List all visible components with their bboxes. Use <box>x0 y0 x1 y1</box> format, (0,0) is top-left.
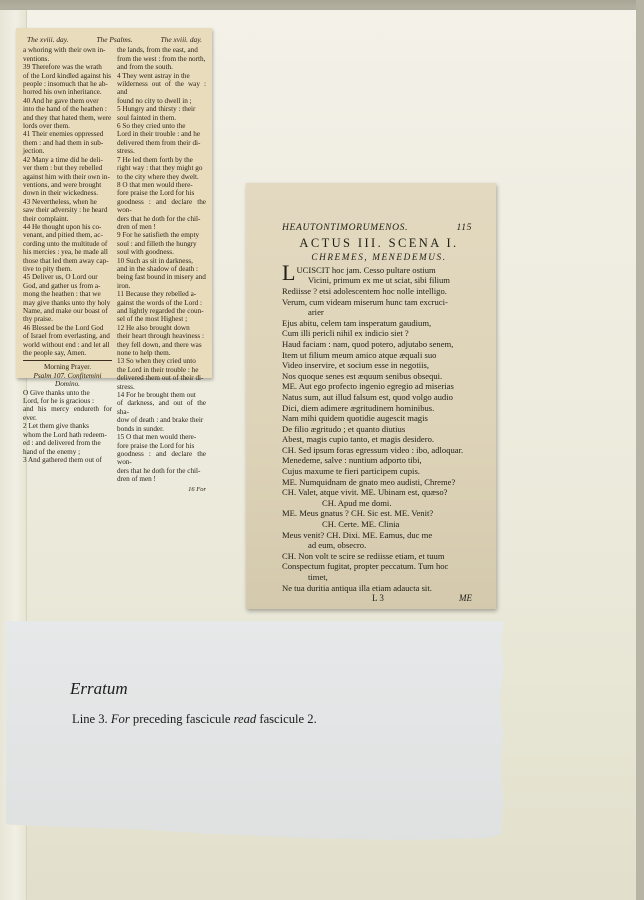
verse-line: into the hand of the heathen : <box>23 105 112 113</box>
verse-line: whom the Lord hath redeem- <box>23 431 112 439</box>
section-title: Morning Prayer. <box>23 363 112 371</box>
verse-line: Name, and make our boast of <box>23 307 112 315</box>
verse-line: his mercies : yea, he made all <box>23 248 112 256</box>
verse-line: 6 So they cried unto the <box>117 122 206 130</box>
verse-line: CH. Non volt te scire se rediisse etiam,… <box>282 551 476 562</box>
verse-line: Conspectum fugitat, propter peccatum. Tu… <box>282 561 476 572</box>
verse-text: Ne tua duritia antiqua illa etiam adauct… <box>282 583 432 593</box>
verse-line: Dici, diem adimere ægritudinem hominibus… <box>282 403 476 414</box>
running-head-left: The xviii. day. <box>27 36 68 44</box>
verse-line: 40 And he gave them over <box>23 97 112 105</box>
verse-line: and they that hated them, were <box>23 114 112 122</box>
verse-line: CH. Apud me domi. <box>282 498 476 509</box>
verse-line: Abest, magis cupio tanto, et magis desid… <box>282 434 476 445</box>
verse-line: of Israel from everlasting, and <box>23 332 112 340</box>
verse-text: Meus venit? CH. Dixi. ME. Eamus, duc me <box>282 530 432 540</box>
verse-line: wilderness out of the way : and <box>117 80 206 97</box>
verse-line: 46 Blessed be the Lord God <box>23 324 112 332</box>
terence-leaf: HEAUTONTIMORUMENOS. 115 ACTUS III. SCENA… <box>246 183 496 609</box>
verse-line: Item ut filium meum amico atque æquali s… <box>282 350 476 361</box>
verse-line: dren of men ! <box>117 475 206 483</box>
verse-line: soul with goodness. <box>117 248 206 256</box>
verse-line: 41 Their enemies oppressed <box>23 130 112 138</box>
verse-line: CH. Certe. ME. Clinia <box>282 519 476 530</box>
verse-line: 44 He thought upon his co- <box>23 223 112 231</box>
verse-line: Nam mihi quidem quotidie augescit magis <box>282 413 476 424</box>
verse-line: sel of the most Highest ; <box>117 315 206 323</box>
verse-text: arier <box>308 307 324 317</box>
psalms-leaf: The xviii. day. The Psalms. The xviii. d… <box>16 28 212 378</box>
verse-text: Menedeme, salve : nuntium adporto tibi, <box>282 455 422 465</box>
verse-line: and his mercy endureth for ever. <box>23 405 112 422</box>
erratum-suffix: fascicule 2. <box>259 712 316 726</box>
verse-line: Ejus abitu, celem tam insperatum gaudium… <box>282 318 476 329</box>
verse-line: ad eum, obsecro. <box>282 540 476 551</box>
characters-heading: CHREMES, MENEDEMUS. <box>282 252 476 263</box>
verse-line: Cujus maxume te fieri participem cupis. <box>282 466 476 477</box>
verse-line: 13 So when they cried unto <box>117 357 206 365</box>
verse-line: the lands, from the east, and <box>117 46 206 54</box>
verse-line: 3 And gathered them out of <box>23 456 112 464</box>
erratum-slip: Erratum Line 3. For preceding fascicule … <box>6 621 504 847</box>
verse-text: Natus sum, aut illud falsum est, quod vo… <box>282 392 453 402</box>
verse-line: 43 Nevertheless, when he <box>23 198 112 206</box>
verse-text: CH. Sed ipsum foras egressum video : ibo… <box>282 445 463 455</box>
signature-mark: L 3 <box>372 593 384 604</box>
erratum-title: Erratum <box>70 679 128 699</box>
verse-line: 39 Therefore was the wrath <box>23 63 112 71</box>
verse-line: LUCISCIT hoc jam. Cesso pultare ostium <box>282 265 476 276</box>
verse-line: stress. <box>117 147 206 155</box>
verse-text: Item ut filium meum amico atque æquali s… <box>282 350 436 360</box>
verse-line: thy praise. <box>23 315 112 323</box>
verse-line: ed : and delivered from the <box>23 439 112 447</box>
verse-lines: LUCISCIT hoc jam. Cesso pultare ostiumVi… <box>282 265 476 593</box>
act-scene-heading: ACTUS III. SCENA I. <box>282 238 476 249</box>
verse-line: people : insomuch that he ab- <box>23 80 112 88</box>
verse-text: Cum illi pericli nihil ex indicio siet ? <box>282 328 409 338</box>
verse-line: of darkness, and out of the sha- <box>117 399 206 416</box>
verse-line: to the city where they dwelt. <box>117 173 206 181</box>
verse-line: iron. <box>117 282 206 290</box>
verse-text: ME. Numquidnam de gnato meo audisti, Chr… <box>282 477 455 487</box>
verse-line: 7 He led them forth by the <box>117 156 206 164</box>
verse-line: Verum, cum videam miserum hunc tam excru… <box>282 297 476 308</box>
verse-text: ME. Aut ego profecto ingenio egregio ad … <box>282 381 454 391</box>
verse-text: Haud faciam : nam, quod potero, adjutabo… <box>282 339 453 349</box>
verse-line: from the west : from the north, <box>117 55 206 63</box>
verse-line: those that led them away cap- <box>23 257 112 265</box>
verse-line: jection. <box>23 147 112 155</box>
verse-text: Cujus maxume te fieri participem cupis. <box>282 466 420 476</box>
verse-text: CH. Valet, atque vivit. ME. Ubinam est, … <box>282 487 448 497</box>
verse-text: CH. Certe. ME. Clinia <box>322 519 399 529</box>
catchword: 16 For <box>23 486 206 494</box>
verse-line: dren of men ! <box>117 223 206 231</box>
verse-text: CH. Non volt te scire se rediisse etiam,… <box>282 551 445 561</box>
verse-line: lords over them. <box>23 122 112 130</box>
verse-line: 42 Many a time did he deli- <box>23 156 112 164</box>
verse-line: being fast bound in misery and <box>117 273 206 281</box>
page-edge <box>636 0 644 900</box>
verse-text: Dici, diem adimere ægritudinem hominibus… <box>282 403 434 413</box>
verse-text: Nam mihi quidem quotidie augescit magis <box>282 413 428 423</box>
psalm-reference: Psalm 107. Confitemini Domino. <box>23 372 112 389</box>
verse-line: bonds in sunder. <box>117 425 206 433</box>
verse-line: Cum illi pericli nihil ex indicio siet ? <box>282 328 476 339</box>
erratum-middle: preceding fascicule <box>133 712 231 726</box>
verse-line: ver them : but they rebelled <box>23 164 112 172</box>
verse-line: Vicini, primum ex me ut sciat, sibi fili… <box>282 275 476 286</box>
verse-text: Vicini, primum ex me ut sciat, sibi fili… <box>308 275 450 285</box>
verse-line: 9 For he satisfieth the empty <box>117 231 206 239</box>
psalms-left-column: a whoring with their own in-ventions.39 … <box>23 46 112 483</box>
verse-line: fore praise the Lord for his <box>117 189 206 197</box>
verse-line: venant, and pitied them, ac- <box>23 231 112 239</box>
page-footer: L 3 ME <box>282 593 476 604</box>
verse-line: and lightly regarded the coun- <box>117 307 206 315</box>
verse-line: Meus venit? CH. Dixi. ME. Eamus, duc me <box>282 530 476 541</box>
verse-text: Video inservire, et socium esse in negot… <box>282 360 429 370</box>
verse-line: down in their wickedness. <box>23 189 112 197</box>
verse-line: and in the shadow of death : <box>117 265 206 273</box>
verse-line: ME. Numquidnam de gnato meo audisti, Chr… <box>282 477 476 488</box>
verse-line: goodness : and declare the won- <box>117 198 206 215</box>
verse-line: delivered them from their di- <box>117 139 206 147</box>
verse-line: Lord in their trouble : and he <box>117 130 206 138</box>
verse-line: 15 O that men would there- <box>117 433 206 441</box>
erratum-text: Line 3. For preceding fascicule read fas… <box>72 712 317 727</box>
running-head-right: The xviii. day. <box>161 36 202 44</box>
verse-line: mong the heathen : that we <box>23 290 112 298</box>
verse-text: ad eum, obsecro. <box>308 540 366 550</box>
catchword: ME <box>459 593 472 604</box>
running-head-center: The Psalms. <box>96 36 132 44</box>
verse-line: 5 Hungry and thirsty : their <box>117 105 206 113</box>
verse-line: may give thanks unto thy holy <box>23 299 112 307</box>
verse-line: ME. Meus gnatus ? CH. Sic est. ME. Venit… <box>282 508 476 519</box>
drop-cap: L <box>282 265 295 281</box>
verse-line: stress. <box>117 383 206 391</box>
page-number: 115 <box>457 223 472 234</box>
verse-line: arier <box>282 307 476 318</box>
verse-line: against him with their own in- <box>23 173 112 181</box>
psalms-running-head: The xviii. day. The Psalms. The xviii. d… <box>23 36 206 44</box>
verse-line: the Lord in their trouble : he <box>117 366 206 374</box>
verse-line: and from the south. <box>117 63 206 71</box>
verse-line: 45 Deliver us, O Lord our <box>23 273 112 281</box>
verse-line: CH. Sed ipsum foras egressum video : ibo… <box>282 445 476 456</box>
verse-line: O Give thanks unto the <box>23 389 112 397</box>
verse-line: 2 Let them give thanks <box>23 422 112 430</box>
verse-line: right way : that they might go <box>117 164 206 172</box>
verse-line: fore praise the Lord for his <box>117 442 206 450</box>
verse-line: dow of death : and brake their <box>117 416 206 424</box>
verse-line: Lord, for he is gracious : <box>23 397 112 405</box>
verse-line: their complaint. <box>23 215 112 223</box>
verse-text: ME. Meus gnatus ? CH. Sic est. ME. Venit… <box>282 508 433 518</box>
verse-text: UCISCIT hoc jam. Cesso pultare ostium <box>296 265 435 275</box>
verse-text: Conspectum fugitat, propter peccatum. Tu… <box>282 561 448 571</box>
verse-line: ventions, and were brought <box>23 181 112 189</box>
verse-text: Nos quoque senes est æquum senibus obseq… <box>282 371 442 381</box>
verse-line: ME. Aut ego profecto ingenio egregio ad … <box>282 381 476 392</box>
verse-line: saw their adversity : he heard <box>23 206 112 214</box>
verse-line: cording unto the multitude of <box>23 240 112 248</box>
verse-line: none to help them. <box>117 349 206 357</box>
verse-text: Rediisse ? etsi adolescentem hoc nolle i… <box>282 286 447 296</box>
verse-text: Ejus abitu, celem tam insperatum gaudium… <box>282 318 431 328</box>
verse-line: timet, <box>282 572 476 583</box>
verse-line: ders that he doth for the chil- <box>117 215 206 223</box>
section-divider <box>23 360 112 361</box>
verse-line: of the Lord kindled against his <box>23 72 112 80</box>
verse-line: De filio ægritudo ; et quanto diutius <box>282 424 476 435</box>
erratum-read: read <box>234 712 257 726</box>
verse-line: 8 O that men would there- <box>117 181 206 189</box>
erratum-line-ref: Line 3. <box>72 712 108 726</box>
verse-line: tive to pity them. <box>23 265 112 273</box>
verse-text: timet, <box>308 572 328 582</box>
verse-line: goodness : and declare the won- <box>117 450 206 467</box>
verse-line: hand of the enemy ; <box>23 448 112 456</box>
verse-line: Menedeme, salve : nuntium adporto tibi, <box>282 455 476 466</box>
verse-line: found no city to dwell in ; <box>117 97 206 105</box>
verse-line: them : and had them in sub- <box>23 139 112 147</box>
verse-line: 12 He also brought down <box>117 324 206 332</box>
verse-line: delivered them out of their di- <box>117 374 206 382</box>
verse-line: the people say, Amen. <box>23 349 112 357</box>
verse-line: 14 For he brought them out <box>117 391 206 399</box>
verse-line: CH. Valet, atque vivit. ME. Ubinam est, … <box>282 487 476 498</box>
verse-line: 10 Such as sit in darkness, <box>117 257 206 265</box>
verse-line: Nos quoque senes est æquum senibus obseq… <box>282 371 476 382</box>
psalms-right-column: the lands, from the east, andfrom the we… <box>117 46 206 483</box>
verse-text: Verum, cum videam miserum hunc tam excru… <box>282 297 448 307</box>
erratum-for: For <box>111 712 130 726</box>
verse-line: Rediisse ? etsi adolescentem hoc nolle i… <box>282 286 476 297</box>
running-head-title: HEAUTONTIMORUMENOS. <box>282 223 408 234</box>
verse-line: their heart through heaviness : <box>117 332 206 340</box>
verse-line: Video inservire, et socium esse in negot… <box>282 360 476 371</box>
verse-line: gainst the words of the Lord : <box>117 299 206 307</box>
verse-line: Ne tua duritia antiqua illa etiam adauct… <box>282 583 476 594</box>
verse-line: a whoring with their own in- <box>23 46 112 54</box>
verse-line: ders that he doth for the chil- <box>117 467 206 475</box>
verse-line: soul fainted in them. <box>117 114 206 122</box>
verse-line: they fell down, and there was <box>117 341 206 349</box>
verse-text: CH. Apud me domi. <box>322 498 391 508</box>
verse-line: 11 Because they rebelled a- <box>117 290 206 298</box>
verse-line: soul : and filleth the hungry <box>117 240 206 248</box>
verse-line: God, and gather us from a- <box>23 282 112 290</box>
verse-line: 4 They went astray in the <box>117 72 206 80</box>
verse-line: Natus sum, aut illud falsum est, quod vo… <box>282 392 476 403</box>
verse-line: ventions. <box>23 55 112 63</box>
verse-text: Abest, magis cupio tanto, et magis desid… <box>282 434 434 444</box>
verse-text: De filio ægritudo ; et quanto diutius <box>282 424 405 434</box>
verse-line: world without end : and let all <box>23 341 112 349</box>
terence-running-head: HEAUTONTIMORUMENOS. 115 <box>282 223 476 234</box>
verse-line: Haud faciam : nam, quod potero, adjutabo… <box>282 339 476 350</box>
verse-line: horred his own inheritance. <box>23 88 112 96</box>
